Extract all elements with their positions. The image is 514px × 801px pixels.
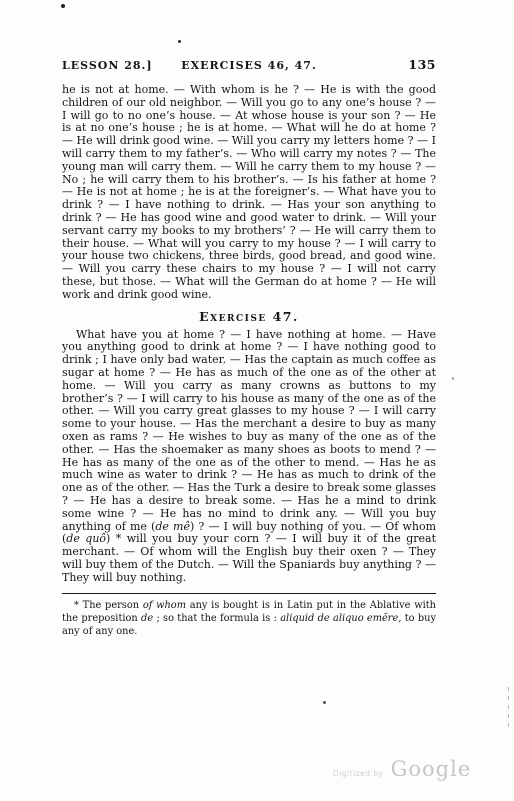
book-page: LESSON 28.] EXERCISES 46, 47. 135 he is … xyxy=(0,0,514,801)
scan-speck xyxy=(323,701,326,704)
exercise-47-paragraph: What have you at home ? — I have nothing… xyxy=(62,329,436,585)
google-watermark: Digitized by Google xyxy=(333,757,471,781)
exercise-46-paragraph: he is not at home. — With whom is he ? —… xyxy=(62,84,436,302)
exercises-label: EXERCISES 46, 47. xyxy=(62,59,436,72)
latin-phrase: aliquid de aliquo emĕre, xyxy=(280,613,401,624)
scan-edge-artifact xyxy=(508,687,509,731)
italic-run: de xyxy=(141,613,153,624)
page-header: LESSON 28.] EXERCISES 46, 47. 135 xyxy=(62,58,436,74)
text-run: What have you at home ? — I have nothing… xyxy=(62,328,436,533)
digitized-by-label: Digitized by xyxy=(333,769,384,778)
scan-speck xyxy=(61,4,65,8)
latin-phrase: de quô xyxy=(66,532,106,545)
page-number: 135 xyxy=(408,57,436,72)
scan-speck xyxy=(178,40,181,43)
footnote-paragraph: * The person of whom any is bought is in… xyxy=(62,600,436,638)
footnote-marker-run: * The person xyxy=(74,600,143,611)
italic-run: of whom xyxy=(143,600,186,611)
text-run: ) * will you buy your corn ? — I will bu… xyxy=(62,532,436,583)
text-block: he is not at home. — With whom is he ? —… xyxy=(62,84,436,638)
latin-phrase: de mê xyxy=(155,520,190,533)
footnote-rule xyxy=(62,593,436,594)
exercise-47-heading: Exercise 47. xyxy=(62,309,436,324)
scan-speck xyxy=(452,377,454,380)
text-run: ; so that the formula is : xyxy=(153,613,280,624)
google-logo: Google xyxy=(391,757,472,781)
